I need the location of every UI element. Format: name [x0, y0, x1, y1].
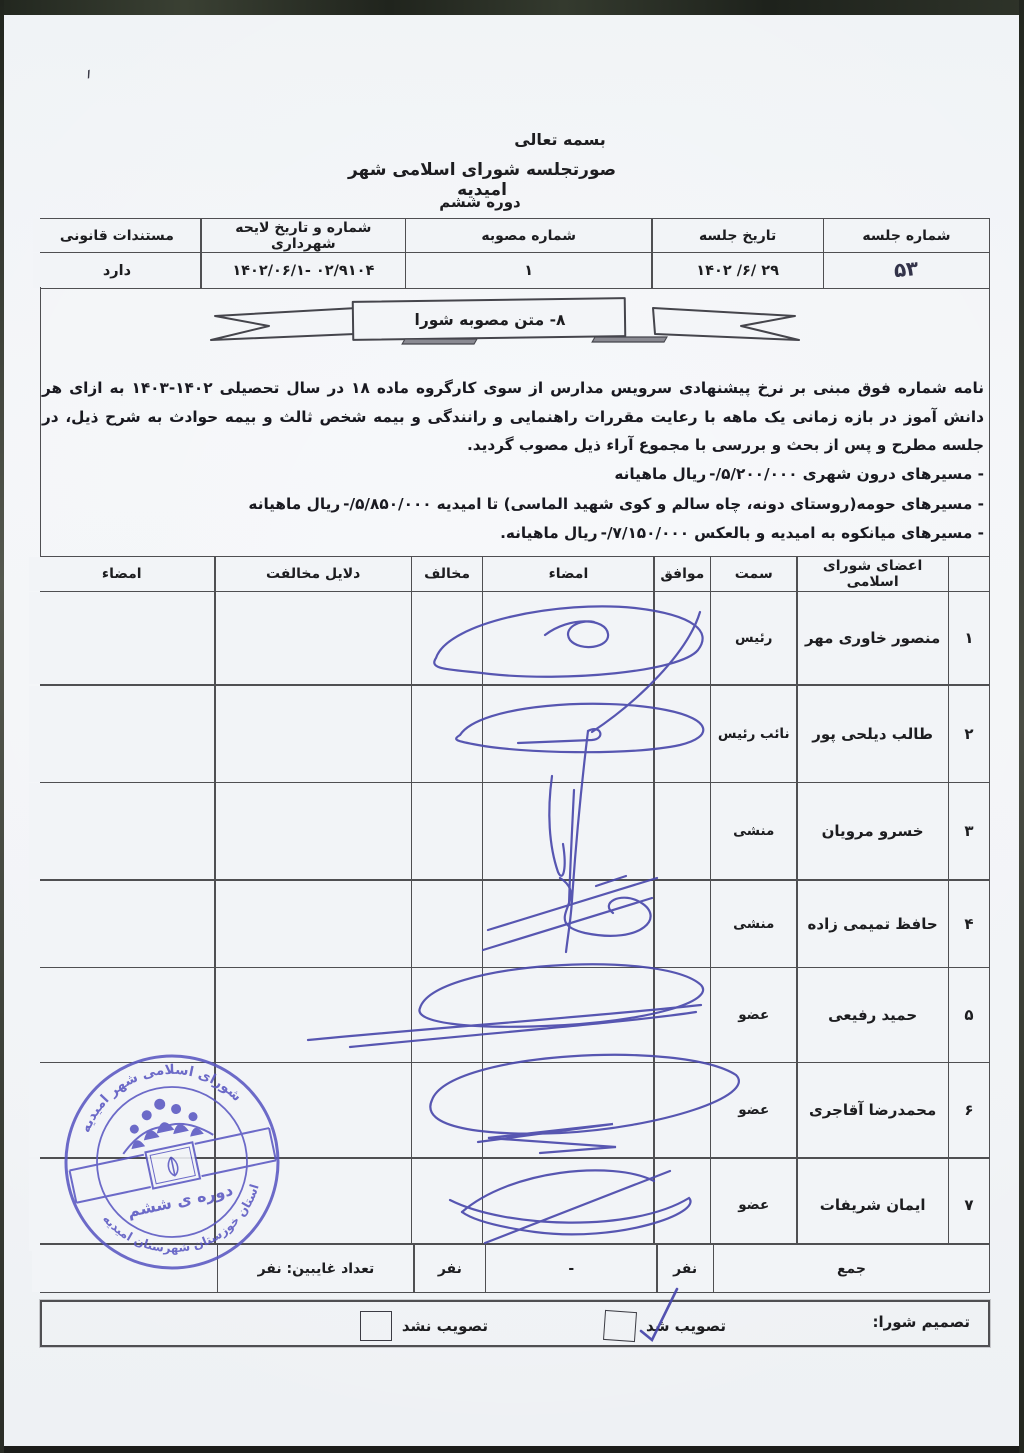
oppose-reason-cell	[216, 783, 411, 879]
oppose-count-unit: نفر	[415, 1245, 485, 1292]
oppose-reason-cell	[216, 686, 411, 782]
oppose-cell	[412, 592, 482, 684]
oppose-reason-cell	[216, 881, 411, 967]
row-number: ۵	[949, 968, 989, 1062]
scan-edge-left	[0, 0, 4, 1453]
col-oppose: مخالف	[412, 557, 482, 591]
signature2-cell	[29, 881, 214, 967]
legal-docs-header: مستندات قانونی	[33, 219, 200, 252]
session-date-header: تاریخ جلسه	[653, 219, 823, 252]
oppose-cell	[412, 783, 482, 879]
col-row-number	[949, 557, 989, 591]
council-term: دوره ششم	[380, 193, 580, 211]
row-number: ۱	[949, 592, 989, 684]
oppose-reason-cell	[216, 592, 411, 684]
oppose-cell	[412, 1159, 482, 1251]
bill-value: ۱۴۰۲/۰۶/۱- ۰۲/۹۱۰۴	[202, 253, 405, 288]
pen-mark: ؍	[81, 63, 95, 83]
member-position: منشی	[711, 783, 796, 879]
route-line-urban: - مسیرهای درون شهری-/۵/۲۰۰/۰۰۰ریال ماهیا…	[42, 460, 984, 490]
signature2-cell	[29, 592, 214, 684]
oppose-cell	[412, 881, 482, 967]
member-name: حمید رفیعی	[798, 968, 948, 1062]
oppose-reason-cell	[216, 1063, 411, 1157]
member-name: خسرو مرویان	[798, 783, 948, 879]
legal-docs-value: دارد	[33, 253, 200, 288]
council-decision-bar: تصمیم شورا: تصویب شد تصویب نشد	[40, 1300, 990, 1347]
decision-approved-option: تصویب شد	[604, 1311, 726, 1341]
resolution-no-header: شماره مصوبه	[406, 219, 651, 252]
resolution-banner: ۸- متن مصوبه شورا	[205, 292, 805, 356]
agree-cell	[655, 1063, 710, 1157]
member-name: حافظ تمیمی زاده	[798, 881, 948, 967]
signature2-cell	[29, 783, 214, 879]
oppose-cell	[412, 1063, 482, 1157]
totals-label: جمع	[714, 1245, 989, 1292]
agree-cell	[655, 881, 710, 967]
session-info-table: شماره جلسه تاریخ جلسه شماره مصوبه شماره …	[40, 218, 990, 289]
banner-title: ۸- متن مصوبه شورا	[355, 302, 625, 338]
agree-cell	[655, 686, 710, 782]
signature-cell	[483, 881, 653, 967]
signature2-cell	[29, 1063, 214, 1157]
member-position: عضو	[711, 968, 796, 1062]
signature2-cell	[29, 686, 214, 782]
member-name: محمدرضا آقاجری	[798, 1063, 948, 1157]
row-number: ۳	[949, 783, 989, 879]
row-number: ۴	[949, 881, 989, 967]
decision-rejected-option: تصویب نشد	[360, 1311, 488, 1341]
col-agree: موافق	[655, 557, 710, 591]
signature-cell	[483, 686, 653, 782]
member-position: نائب رئیس	[711, 686, 796, 782]
bill-header: شماره و تاریخ لایحه شهرداری	[202, 219, 405, 252]
row-number: ۲	[949, 686, 989, 782]
oppose-cell	[412, 686, 482, 782]
agree-count-unit: نفر	[658, 1245, 713, 1292]
scan-edge-bottom	[0, 1446, 1024, 1453]
member-position: عضو	[711, 1159, 796, 1251]
signature2-cell	[29, 968, 214, 1062]
member-name: طالب دیلحی پور	[798, 686, 948, 782]
decision-label: تصمیم شورا:	[872, 1313, 970, 1331]
col-position: سمت	[711, 557, 796, 591]
row-number: ۶	[949, 1063, 989, 1157]
session-date-value: ۱۴۰۲ /۶/ ۲۹	[653, 253, 823, 288]
absent-count: تعداد غایبین: نفر	[218, 1245, 413, 1292]
resolution-no-value: ۱	[406, 253, 651, 288]
signature2-cell	[29, 1159, 214, 1251]
signature-cell	[483, 783, 653, 879]
totals-row: جمع نفر - نفر تعداد غایبین: نفر	[40, 1243, 990, 1293]
rejected-label: تصویب نشد	[402, 1317, 488, 1335]
totals-empty-cell	[32, 1245, 217, 1292]
member-position: منشی	[711, 881, 796, 967]
scan-edge-top	[0, 0, 1024, 15]
signature-cell	[483, 592, 653, 684]
session-no-header: شماره جلسه	[824, 219, 989, 252]
resolution-paragraph: نامه شماره فوق مبنی بر نرخ پیشنهادی سروی…	[42, 374, 984, 460]
col-signature: امضاء	[483, 557, 653, 591]
agree-cell	[655, 783, 710, 879]
rejected-checkbox	[360, 1311, 392, 1341]
agree-cell	[655, 592, 710, 684]
agree-cell	[655, 968, 710, 1062]
route-line-miankuh: - مسیرهای میانکوه به امیدیه و بالعکس-/۷/…	[42, 519, 984, 549]
col-oppose-reasons: دلایل مخالفت	[216, 557, 411, 591]
member-position: عضو	[711, 1063, 796, 1157]
col-members: اعضای شورای اسلامی	[798, 557, 948, 591]
session-no-value: ۵۳	[824, 253, 989, 288]
approved-label: تصویب شد	[646, 1317, 726, 1335]
agree-cell	[655, 1159, 710, 1251]
member-position: رئیس	[711, 592, 796, 684]
col-signature-2: امضاء	[29, 557, 214, 591]
bismillah-line: بسمه تعالی	[460, 130, 660, 149]
scanned-council-minutes-page: ؍ بسمه تعالی صورتجلسه شورای اسلامی شهر ا…	[0, 0, 1024, 1453]
oppose-reason-cell	[216, 968, 411, 1062]
oppose-cell	[412, 968, 482, 1062]
member-name: منصور خاوری مهر	[798, 592, 948, 684]
signature-cell	[483, 1159, 653, 1251]
signature-cell	[483, 968, 653, 1062]
scan-edge-right	[1019, 0, 1024, 1453]
signature-dash: -	[486, 1245, 656, 1292]
oppose-reason-cell	[216, 1159, 411, 1251]
approved-checkbox	[603, 1310, 637, 1342]
route-tariff-list: - مسیرهای درون شهری-/۵/۲۰۰/۰۰۰ریال ماهیا…	[42, 460, 984, 549]
members-vote-table: اعضای شورای اسلامی سمت موافق امضاء مخالف…	[40, 556, 990, 1252]
member-name: ایمان شریفات	[798, 1159, 948, 1251]
route-line-suburb: - مسیرهای حومه(روستای دونه، چاه سالم و ک…	[42, 490, 984, 520]
row-number: ۷	[949, 1159, 989, 1251]
signature-cell	[483, 1063, 653, 1157]
